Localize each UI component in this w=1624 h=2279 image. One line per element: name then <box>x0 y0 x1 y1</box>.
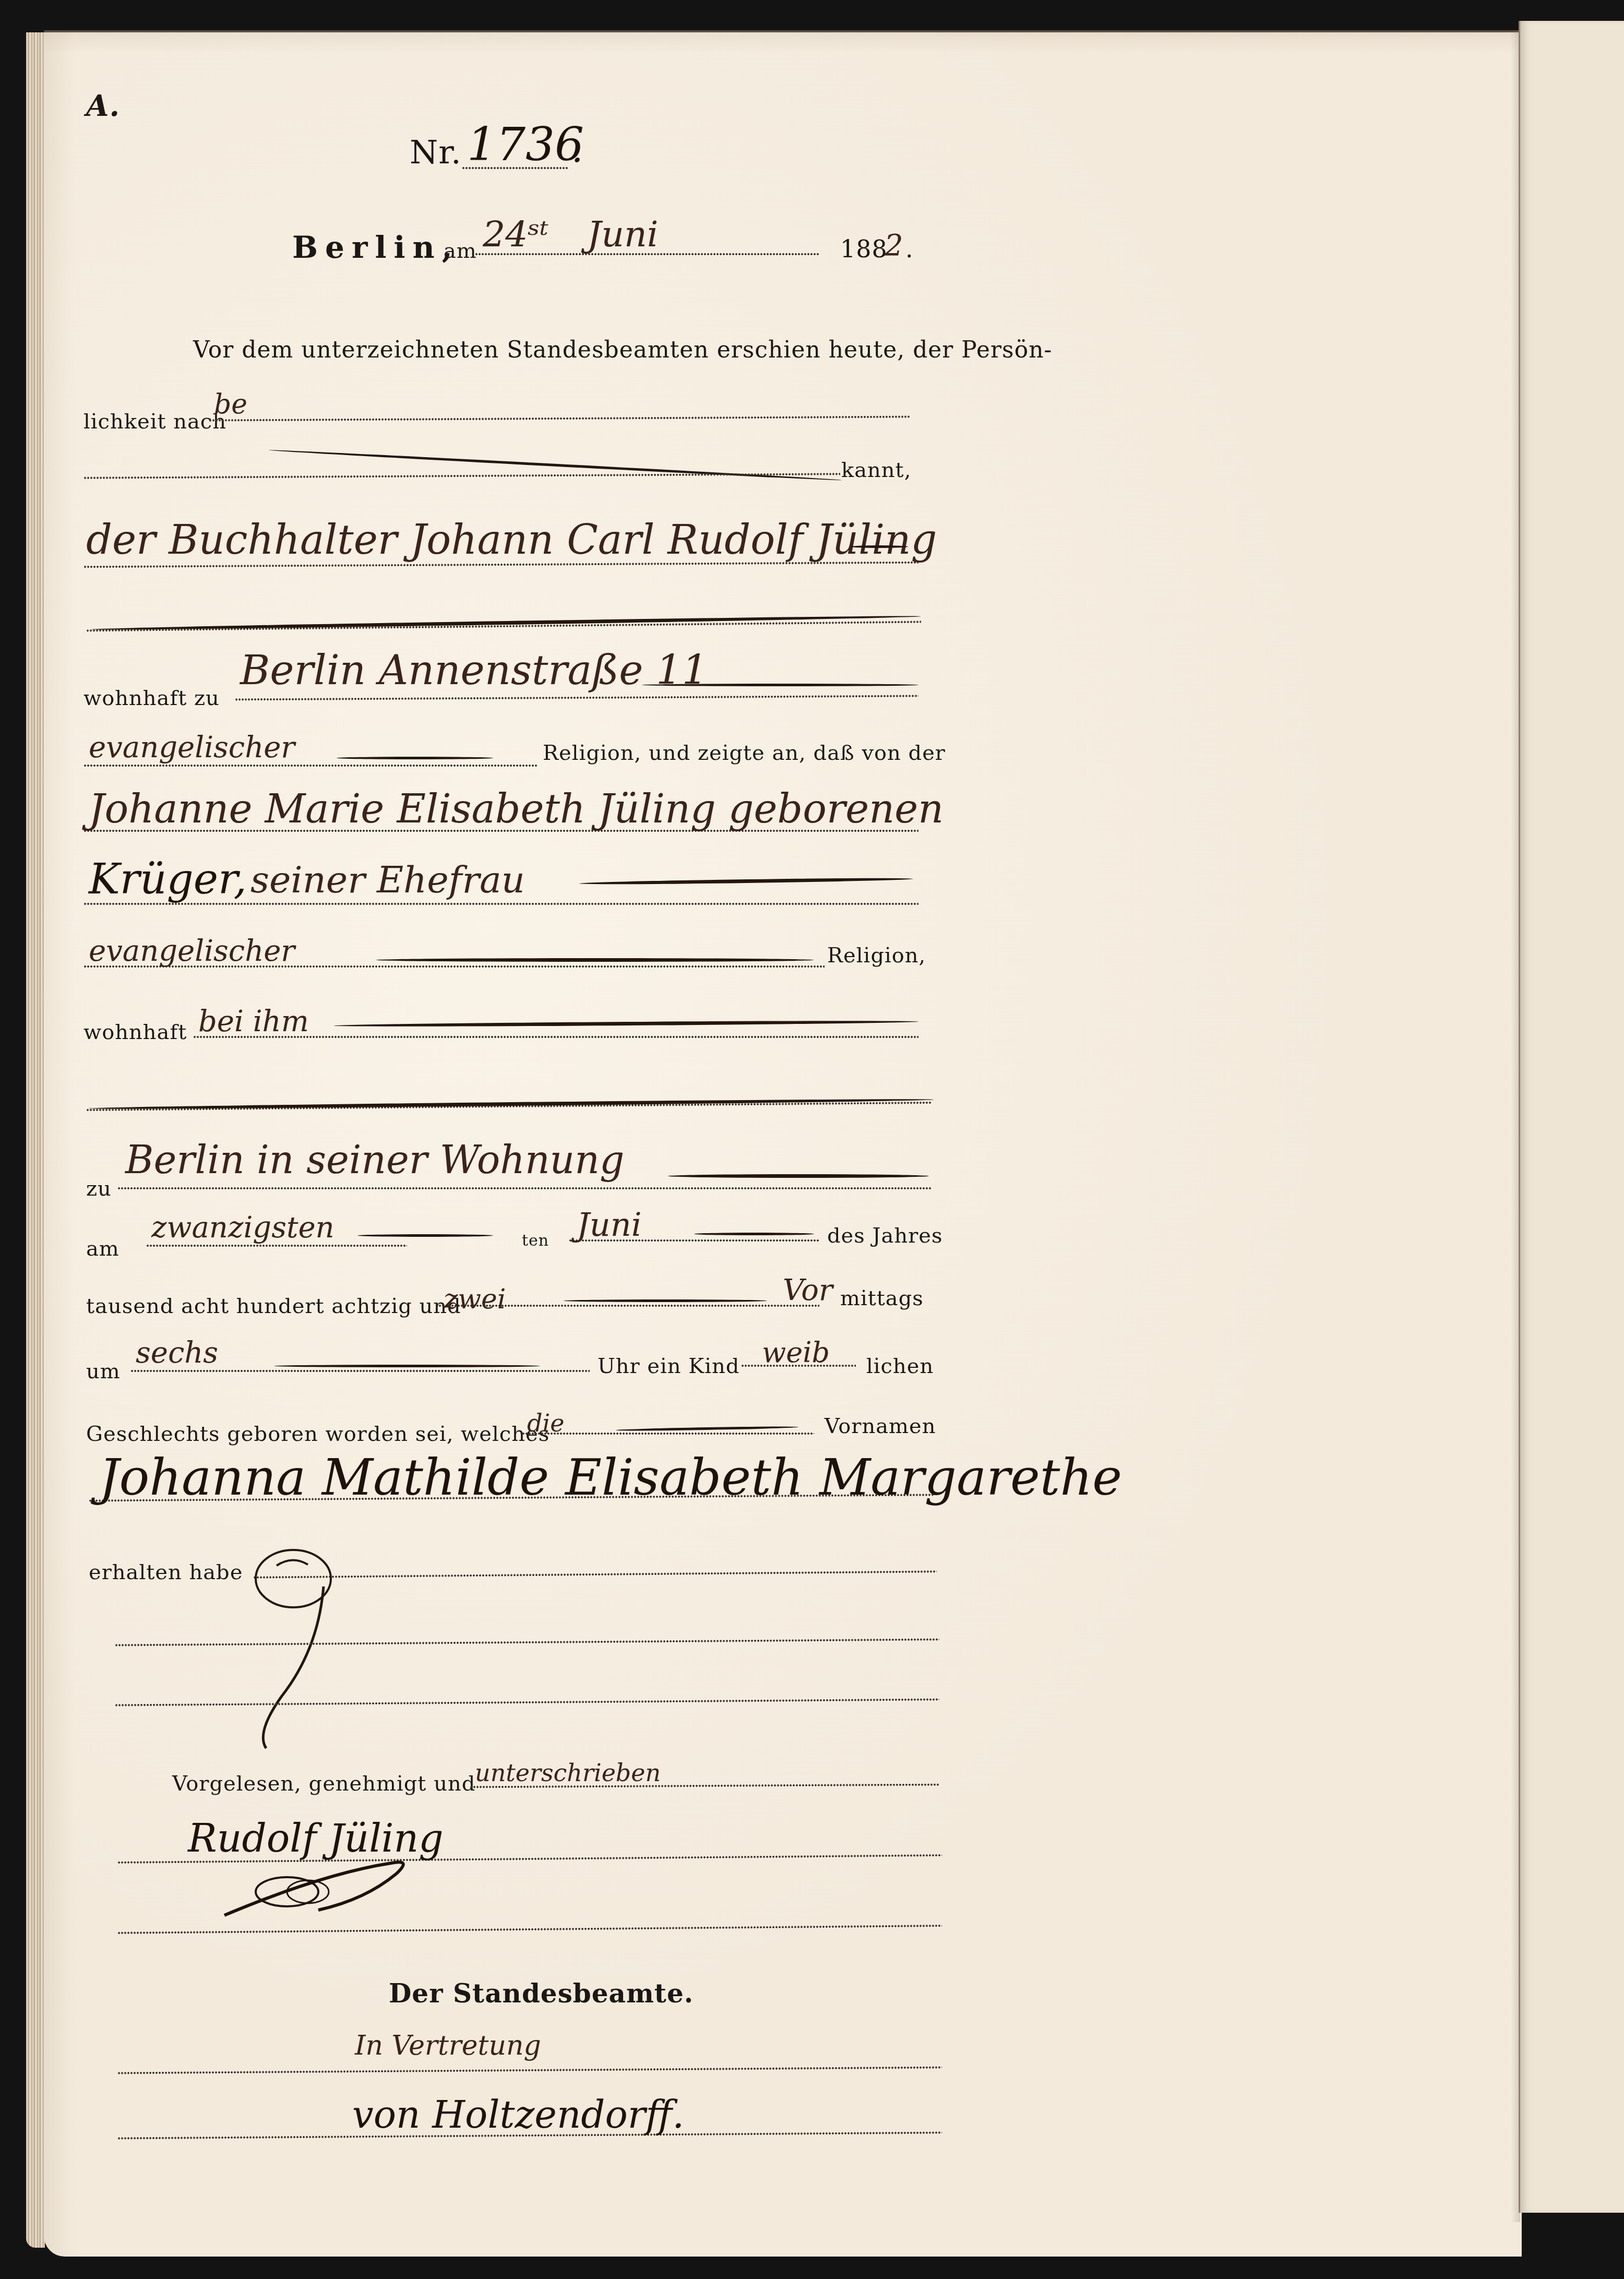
date-label: am <box>86 1237 120 1261</box>
dotted-line <box>130 1370 590 1372</box>
birth-place: Berlin in seiner Wohnung <box>125 1138 624 1183</box>
year-hand-digit: 2 <box>885 229 903 262</box>
mother-maiden-name: Krüger, <box>89 855 247 903</box>
residence-label: wohnhaft zu <box>83 686 220 710</box>
cancel-stroke <box>694 1233 814 1235</box>
cancel-stroke <box>851 545 908 548</box>
registrar-note: In Vertretung <box>355 2030 541 2061</box>
dotted-line <box>83 765 538 767</box>
child-given-names: Johanna Mathilde Elisabeth Margarethe <box>99 1448 1122 1507</box>
year-suffix: . <box>905 235 914 263</box>
intro-line-2-hand: be <box>214 389 247 420</box>
birth-hour: sechs <box>136 1336 218 1370</box>
cancel-stroke <box>668 1174 929 1178</box>
mother-name: Johanne Marie Elisabeth Jüling geborenen <box>89 785 944 832</box>
declarant-name: der Buchhalter Johann Carl Rudolf Jüling <box>86 517 937 564</box>
page-stack-edge <box>26 32 45 2248</box>
place-label: zu <box>86 1177 112 1201</box>
cancel-stroke <box>376 958 814 962</box>
cancel-stroke <box>357 1234 493 1237</box>
residence-2: bei ihm <box>198 1005 309 1039</box>
signature-flourish <box>219 1842 511 1926</box>
time-of-day-label: mittags <box>840 1286 924 1310</box>
intro-line-1: Vor dem unterzeichneten Standesbeamten e… <box>193 337 1052 363</box>
year-words-label: tausend acht hundert achtzig und <box>86 1294 461 1318</box>
place-printed: Berlin, <box>292 230 460 265</box>
facing-page <box>1519 21 1624 2213</box>
number-suffix: . <box>571 128 583 171</box>
date-month: Juni <box>587 214 659 255</box>
child-sex: weib <box>762 1336 830 1369</box>
date-day: 24ˢᵗ <box>483 214 548 255</box>
cancel-stroke <box>337 757 493 759</box>
year-printed: 188 <box>840 235 888 263</box>
year-words: zwei <box>444 1284 506 1315</box>
read-approved-hand: unterschrieben <box>475 1759 661 1787</box>
date-prefix: am <box>444 239 477 263</box>
residence-address: Berlin Annenstraße 11 <box>240 647 708 694</box>
mother-relation: seiner Ehefrau <box>250 858 525 901</box>
time-of-day: Vor <box>783 1273 833 1307</box>
religion-1-label: Religion, und zeigte an, daß von der <box>543 741 946 765</box>
date-year-label: des Jahres <box>827 1224 942 1248</box>
cancel-stroke <box>274 1365 540 1367</box>
dotted-line <box>117 1187 932 1189</box>
born-label: Geschlechts geboren worden sei, welches <box>86 1422 550 1446</box>
dotted-line <box>146 1245 407 1247</box>
registrar-signature: von Holtzendorff. <box>352 2093 684 2137</box>
religion-1: evangelischer <box>89 731 295 765</box>
form-letter: A. <box>86 89 120 123</box>
intro-line-2-label: lichkeit nach <box>83 410 226 434</box>
registrar-title: Der Standesbeamte. <box>389 1978 694 2009</box>
date-ten-label: ten <box>522 1232 549 1250</box>
birth-day: zwanzigsten <box>151 1211 335 1245</box>
religion-2-label: Religion, <box>827 944 926 968</box>
cancel-stroke <box>642 684 918 686</box>
received-label: erhalten habe <box>89 1560 243 1584</box>
intro-line-3-label: kannt, <box>841 458 911 482</box>
closing-flourish <box>245 1524 417 1753</box>
read-approved-label: Vorgelesen, genehmigt und <box>172 1772 475 1796</box>
cancel-stroke <box>564 1299 767 1302</box>
born-pronoun: die <box>527 1409 564 1437</box>
birth-month: Juni <box>577 1206 642 1244</box>
given-names-label: Vornamen <box>825 1414 936 1438</box>
register-number: 1736 <box>467 117 584 171</box>
child-label: Uhr ein Kind <box>598 1354 739 1378</box>
hour-label: um <box>86 1359 121 1383</box>
religion-2: evangelischer <box>89 934 295 968</box>
number-label: Nr. <box>410 133 462 171</box>
sex-suffix-label: lichen <box>866 1354 934 1378</box>
residence-2-label: wohnhaft <box>83 1020 187 1044</box>
dotted-line <box>522 1433 814 1435</box>
